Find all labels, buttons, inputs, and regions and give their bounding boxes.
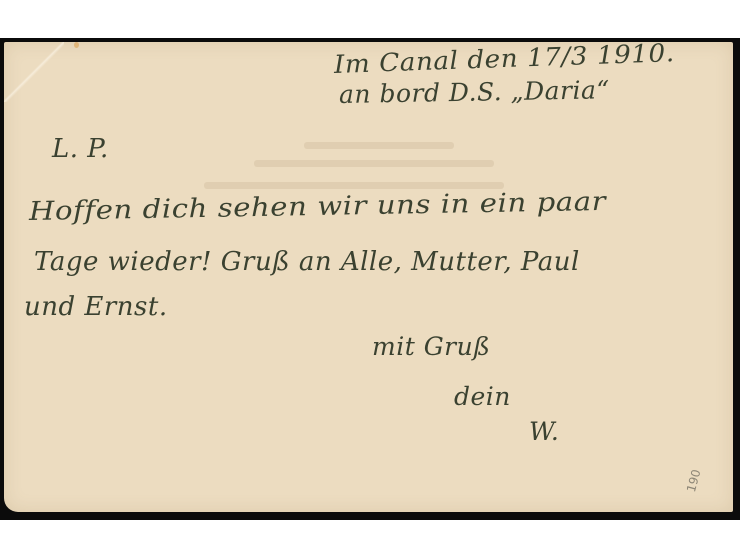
- handwritten-salutation: L. P.: [52, 134, 109, 164]
- stain-spot: [74, 42, 79, 48]
- bleed-through-print: [254, 160, 494, 167]
- handwritten-ship-name: an bord D.S. „Daria“: [339, 75, 610, 109]
- corner-crease: [4, 42, 64, 102]
- handwritten-body-line-2: Tage wieder! Gruß an Alle, Mutter, Paul: [34, 247, 580, 277]
- postcard: Im Canal den 17/3 1910. an bord D.S. „Da…: [4, 42, 733, 512]
- bleed-through-print: [204, 182, 504, 189]
- pencil-annotation: 190: [684, 468, 703, 494]
- handwritten-signature: W.: [529, 417, 559, 446]
- handwritten-closing-dein: dein: [454, 382, 511, 411]
- handwritten-closing: mit Gruß: [372, 332, 490, 361]
- handwritten-body-line-3: und Ernst.: [24, 292, 168, 322]
- bleed-through-print: [304, 142, 454, 149]
- handwritten-place-date: Im Canal den 17/3 1910.: [333, 38, 675, 79]
- handwritten-body-line-1: Hoffen dich sehen wir uns in ein paar: [29, 187, 607, 227]
